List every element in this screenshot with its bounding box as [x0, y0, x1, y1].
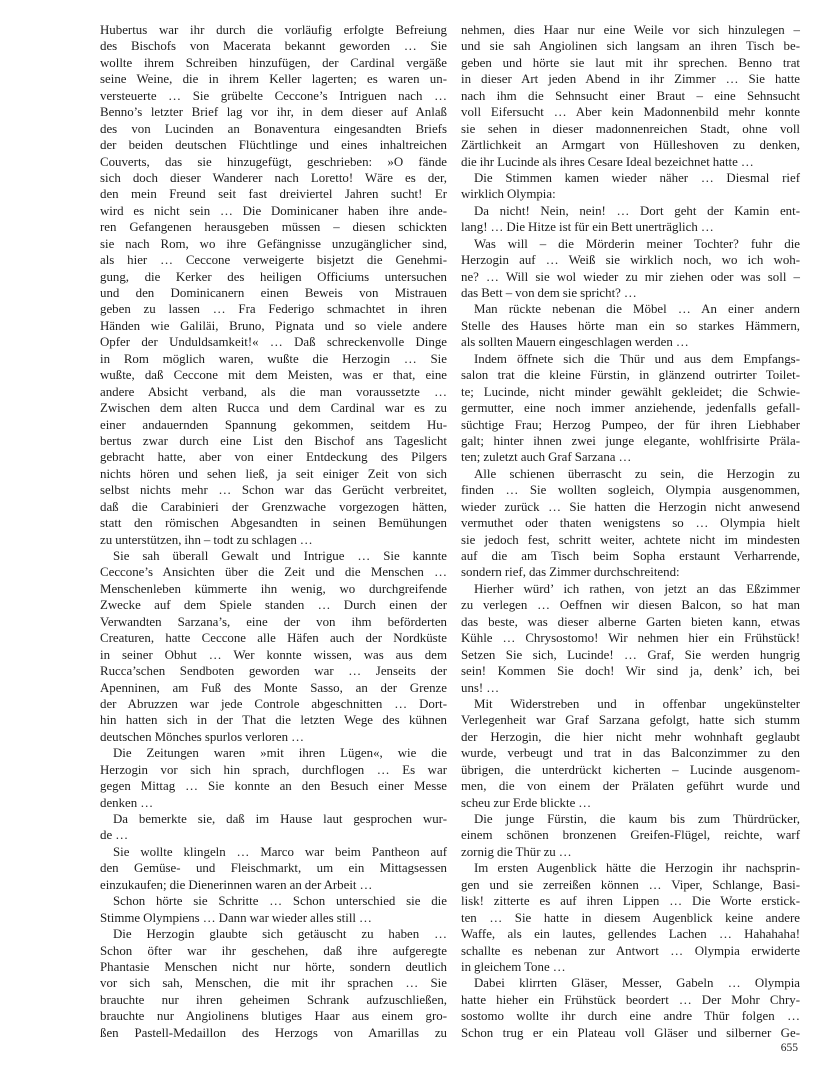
text-line: Couverts, das sie hinzugefügt, geschrieb… [100, 154, 447, 170]
text-line: geben und hörte sie laut mit ihr spreche… [461, 55, 800, 71]
text-line: Benno’s letzter Brief lag vor ihr, in de… [100, 104, 447, 120]
text-line: wollte ihrem Schreiben hinzufügen, der C… [100, 55, 447, 71]
text-line: deutschen Mönches spurlos verloren … [100, 729, 447, 745]
text-line: Herzogin auf … Weiß sie wirklich noch, w… [461, 252, 800, 268]
text-line: germutter, eine noch immer anziehende, j… [461, 400, 800, 416]
text-line: finden … Sie wollten sogleich, Olympia a… [461, 482, 800, 498]
text-line: ne? … Will sie wol wieder zu mir ziehen … [461, 269, 800, 285]
text-line: vermuthet oder thaten wenigstens so … Ol… [461, 515, 800, 531]
text-line: Händen wie Galiläi, Bruno, Pignata und s… [100, 318, 447, 334]
text-line: den mein Freund seit fast dreiviertel Ja… [100, 186, 447, 202]
text-line: ten … Sie hatte in diesem Augenblick kei… [461, 910, 800, 926]
text-line: salon trat die kleine Fürstin, in glänze… [461, 367, 800, 383]
text-line: Creaturen, hatte Ceccone alle Häfen auch… [100, 630, 447, 646]
text-line: in dieser Art jeden Abend in ihr Zimmer … [461, 71, 800, 87]
text-line: das beste, was dieser alberne Garten bie… [461, 614, 800, 630]
book-page: Hubertus war ihr durch die vorläufig erf… [0, 0, 819, 1065]
text-line: die ihr Lucinde als ihres Cesare Ideal b… [461, 154, 800, 170]
text-line: sich doch dieser Wanderer nach Loretto! … [100, 170, 447, 186]
text-line: wieder zurück … Sie hatten die Herzogin … [461, 499, 800, 515]
text-line: Verwandten Sarzana’s, eine der von ihm b… [100, 614, 447, 630]
text-line: und den Dominicanern einen Beweis von Mi… [100, 285, 447, 301]
text-line: sie sehen in dieser madonnenreichen Stad… [461, 121, 800, 137]
text-line: brauchte nur ihren geheimen Schrank aufz… [100, 992, 447, 1008]
text-line: Hubertus war ihr durch die vorläufig erf… [100, 22, 447, 38]
text-line: Zärtlichkeit an Armgart von Hülleshoven … [461, 137, 800, 153]
text-line: Schon trug er ein Plateau voll Gläser un… [461, 1025, 800, 1041]
text-line: als sollten Mauern eingeschlagen werden … [461, 334, 800, 350]
text-line: te; Lucinde, nicht minder gewählt geklei… [461, 384, 800, 400]
text-line: einer andauernden Spannung gekommen, sei… [100, 417, 447, 433]
text-line: sostomo wollte ihr durch eine andre Thür… [461, 1008, 800, 1024]
text-line: hatte hieher ein Frühstück beordert … De… [461, 992, 800, 1008]
text-line: Indem öffnete sich die Thür und aus dem … [461, 351, 800, 367]
text-line: uns! … [461, 680, 800, 696]
text-line: voll Eifersucht … Aber kein Madonnenbild… [461, 104, 800, 120]
text-line: gebracht hatte, aber von einer Entdeckun… [100, 449, 447, 465]
text-line: übrigen, die unterdrückt kicherten – Luc… [461, 762, 800, 778]
text-line: Da nicht! Nein, nein! … Dort geht der Ka… [461, 203, 800, 219]
text-line: Opfer der Unduldsamkeit!« … Daß schrecke… [100, 334, 447, 350]
text-line: denken … [100, 795, 447, 811]
text-line: Die Zeitungen waren »mit ihren Lügen«, w… [100, 745, 447, 761]
text-line: wurde, verbeugt und trat in das Balconzi… [461, 745, 800, 761]
text-line: in Rom möglich waren, wußte die Herzogin… [100, 351, 447, 367]
text-line: des Bischofs von Macerata bekannt geword… [100, 38, 447, 54]
text-line: Man rückte nebenan die Möbel … An einer … [461, 301, 800, 317]
text-line: Waffe, als ein lautes, gellendes Lachen … [461, 926, 800, 942]
text-line: sondern rief, das Zimmer durchschreitend… [461, 564, 800, 580]
text-line: men, die von einem der Prälaten geführt … [461, 778, 800, 794]
text-line: de … [100, 827, 447, 843]
text-line: seine Weine, die in ihrem Keller lagerte… [100, 71, 447, 87]
text-line: nichts hören und sehen ließ, ja seit ein… [100, 466, 447, 482]
text-line: das Bett – von dem sie spricht? … [461, 285, 800, 301]
text-line: Rucca’schen Sendboten geworden war … Jen… [100, 663, 447, 679]
text-line: und sie sah Angiolinen sich langsam an i… [461, 38, 800, 54]
text-line: versteuerte … Sie grübelte Ceccone’s Int… [100, 88, 447, 104]
text-line: schallte es nebenan zur Antwort … Olympi… [461, 943, 800, 959]
text-line: Phantasie Menschen nicht nur hörte, sond… [100, 959, 447, 975]
text-line: daß die Carabinieri der Grenzwache vorge… [100, 499, 447, 515]
text-line: lang! … Die Hitze ist für ein Bett unert… [461, 219, 800, 235]
text-line: Im ersten Augenblick hätte die Herzogin … [461, 860, 800, 876]
text-line: auf die am Tisch beim Sopha erstaunt Ver… [461, 548, 800, 564]
text-line: Herzogin vor sich hin sprach, durchfloge… [100, 762, 447, 778]
text-line: einem schönen bronzenen Greifen-Flügel, … [461, 827, 800, 843]
text-line: Hierher würd’ ich rathen, von jetzt an d… [461, 581, 800, 597]
text-line: geben zu lassen … Fra Federigo schmachte… [100, 301, 447, 317]
text-line: süchtige Frau; Herzog Pumpeo, der für ih… [461, 417, 800, 433]
text-line: wirklich Olympia: [461, 186, 800, 202]
text-line: vor sich sah, Menschen, die mit ihr spra… [100, 975, 447, 991]
text-line: galt; hinter ihnen zwei junge elegante, … [461, 433, 800, 449]
text-line: nehmen, dies Haar nur eine Weile vor sic… [461, 22, 800, 38]
text-line: sie jedoch fest, schritt weiter, achtete… [461, 532, 800, 548]
text-line: wird es nicht sein … Die Dominicaner hab… [100, 203, 447, 219]
text-line: den Gemüse- und Fleischmarkt, um ein Mit… [100, 860, 447, 876]
text-line: nach ihm die Sehnsucht einer Braut – ein… [461, 88, 800, 104]
text-line: lisk! zitterte es auf ihren Lippen … Die… [461, 893, 800, 909]
text-line: als hier … Ceccone verweigerte bisjetzt … [100, 252, 447, 268]
text-line: statt den römischen Abgesandten in seine… [100, 515, 447, 531]
text-line: Mit Widerstreben und in offenbar ungekün… [461, 696, 800, 712]
text-line: Zwecke auf dem Spiele standen … Durch ei… [100, 597, 447, 613]
text-line: scheu zur Erde blickte … [461, 795, 800, 811]
text-line: gen und sie zerreißen können … Viper, Sc… [461, 877, 800, 893]
text-line: andere Absicht verband, als die man vora… [100, 384, 447, 400]
text-line: bertus zwar durch eine List den Bischof … [100, 433, 447, 449]
text-line: Was will – die Mörderin meiner Tochter? … [461, 236, 800, 252]
text-line: Zwischen dem alten Rucca und dem Cardina… [100, 400, 447, 416]
text-line: Alle schienen überrascht zu sein, die He… [461, 466, 800, 482]
text-line: Apenninen, am Fuß des Monte Sasso, an de… [100, 680, 447, 696]
text-line: Dabei klirrten Gläser, Messer, Gabeln … … [461, 975, 800, 991]
column-right: nehmen, dies Haar nur eine Weile vor sic… [461, 22, 800, 1041]
text-line: in seiner Obhut … Wer konnte wissen, was… [100, 647, 447, 663]
text-line: einzukaufen; die Dienerinnen waren an de… [100, 877, 447, 893]
text-line: Die junge Fürstin, die kaum bis zum Thür… [461, 811, 800, 827]
text-line: Schon hörte sie Schritte … Schon untersc… [100, 893, 447, 909]
text-line: wußte, daß Ceccone mit dem Meisten, was … [100, 367, 447, 383]
text-line: Da bemerkte sie, daß im Hause laut gespr… [100, 811, 447, 827]
text-line: sein! Kommen Sie doch! Wir sind ja, denk… [461, 663, 800, 679]
text-line: Sie wollte klingeln … Marco war beim Pan… [100, 844, 447, 860]
text-line: Kühle … Chrysostomo! Wir nehmen hier ein… [461, 630, 800, 646]
text-line: ren Gefangenen herausgeben müssen – dies… [100, 219, 447, 235]
text-line: Sie sah überall Gewalt und Intrigue … Si… [100, 548, 447, 564]
text-line: der Abruzzen war jede Controle abgeschni… [100, 696, 447, 712]
text-line: Die Herzogin glaubte sich getäuscht zu h… [100, 926, 447, 942]
text-line: gung, die Kerker des heiligen Officiums … [100, 269, 447, 285]
text-line: ten; zuletzt auch Graf Sarzana … [461, 449, 800, 465]
text-line: des von Lucinden an Bonaventura eingesan… [100, 121, 447, 137]
text-line: sie nach Rom, wo ihre Gefängnisse unzugä… [100, 236, 447, 252]
text-line: Schon öfter war ihr geschehen, daß ihre … [100, 943, 447, 959]
text-line: hin hatten sich in der That die letzten … [100, 712, 447, 728]
text-line: ßen Pastell-Medaillon des Herzogs von Am… [100, 1025, 447, 1041]
text-line: der Herzogin, die hier nicht mehr wohnha… [461, 729, 800, 745]
text-line: Setzen Sie sich, Lucinde! … Graf, Sie we… [461, 647, 800, 663]
text-line: Stimme Olympiens … Dann war wieder alles… [100, 910, 447, 926]
text-line: brauchte nur Angiolinens blutiges Haar a… [100, 1008, 447, 1024]
text-line: in gleichem Tone … [461, 959, 800, 975]
text-line: Ceccone’s Ansichten über die Zeit und di… [100, 564, 447, 580]
text-line: selbst nichts mehr … Schon war das Gerüc… [100, 482, 447, 498]
text-line: zu unterstützen, ihn – todt zu schlagen … [100, 532, 447, 548]
text-line: Verlegenheit war Graf Sarzana gefolgt, h… [461, 712, 800, 728]
page-number: 655 [461, 1041, 798, 1055]
column-left: Hubertus war ihr durch die vorläufig erf… [100, 22, 447, 1041]
text-line: zornig die Thür zu … [461, 844, 800, 860]
text-line: Menschenleben kümmerte ihn wenig, wo dur… [100, 581, 447, 597]
text-line: Stelle des Hauses hörte man ein so stark… [461, 318, 800, 334]
text-line: Die Stimmen kamen wieder näher … Diesmal… [461, 170, 800, 186]
text-line: gegen Mittag … Sie konnte an den Besuch … [100, 778, 447, 794]
text-line: der beiden deutschen Flüchtlinge und ein… [100, 137, 447, 153]
text-line: zu verlegen … Oeffnen wir diesen Balcon,… [461, 597, 800, 613]
